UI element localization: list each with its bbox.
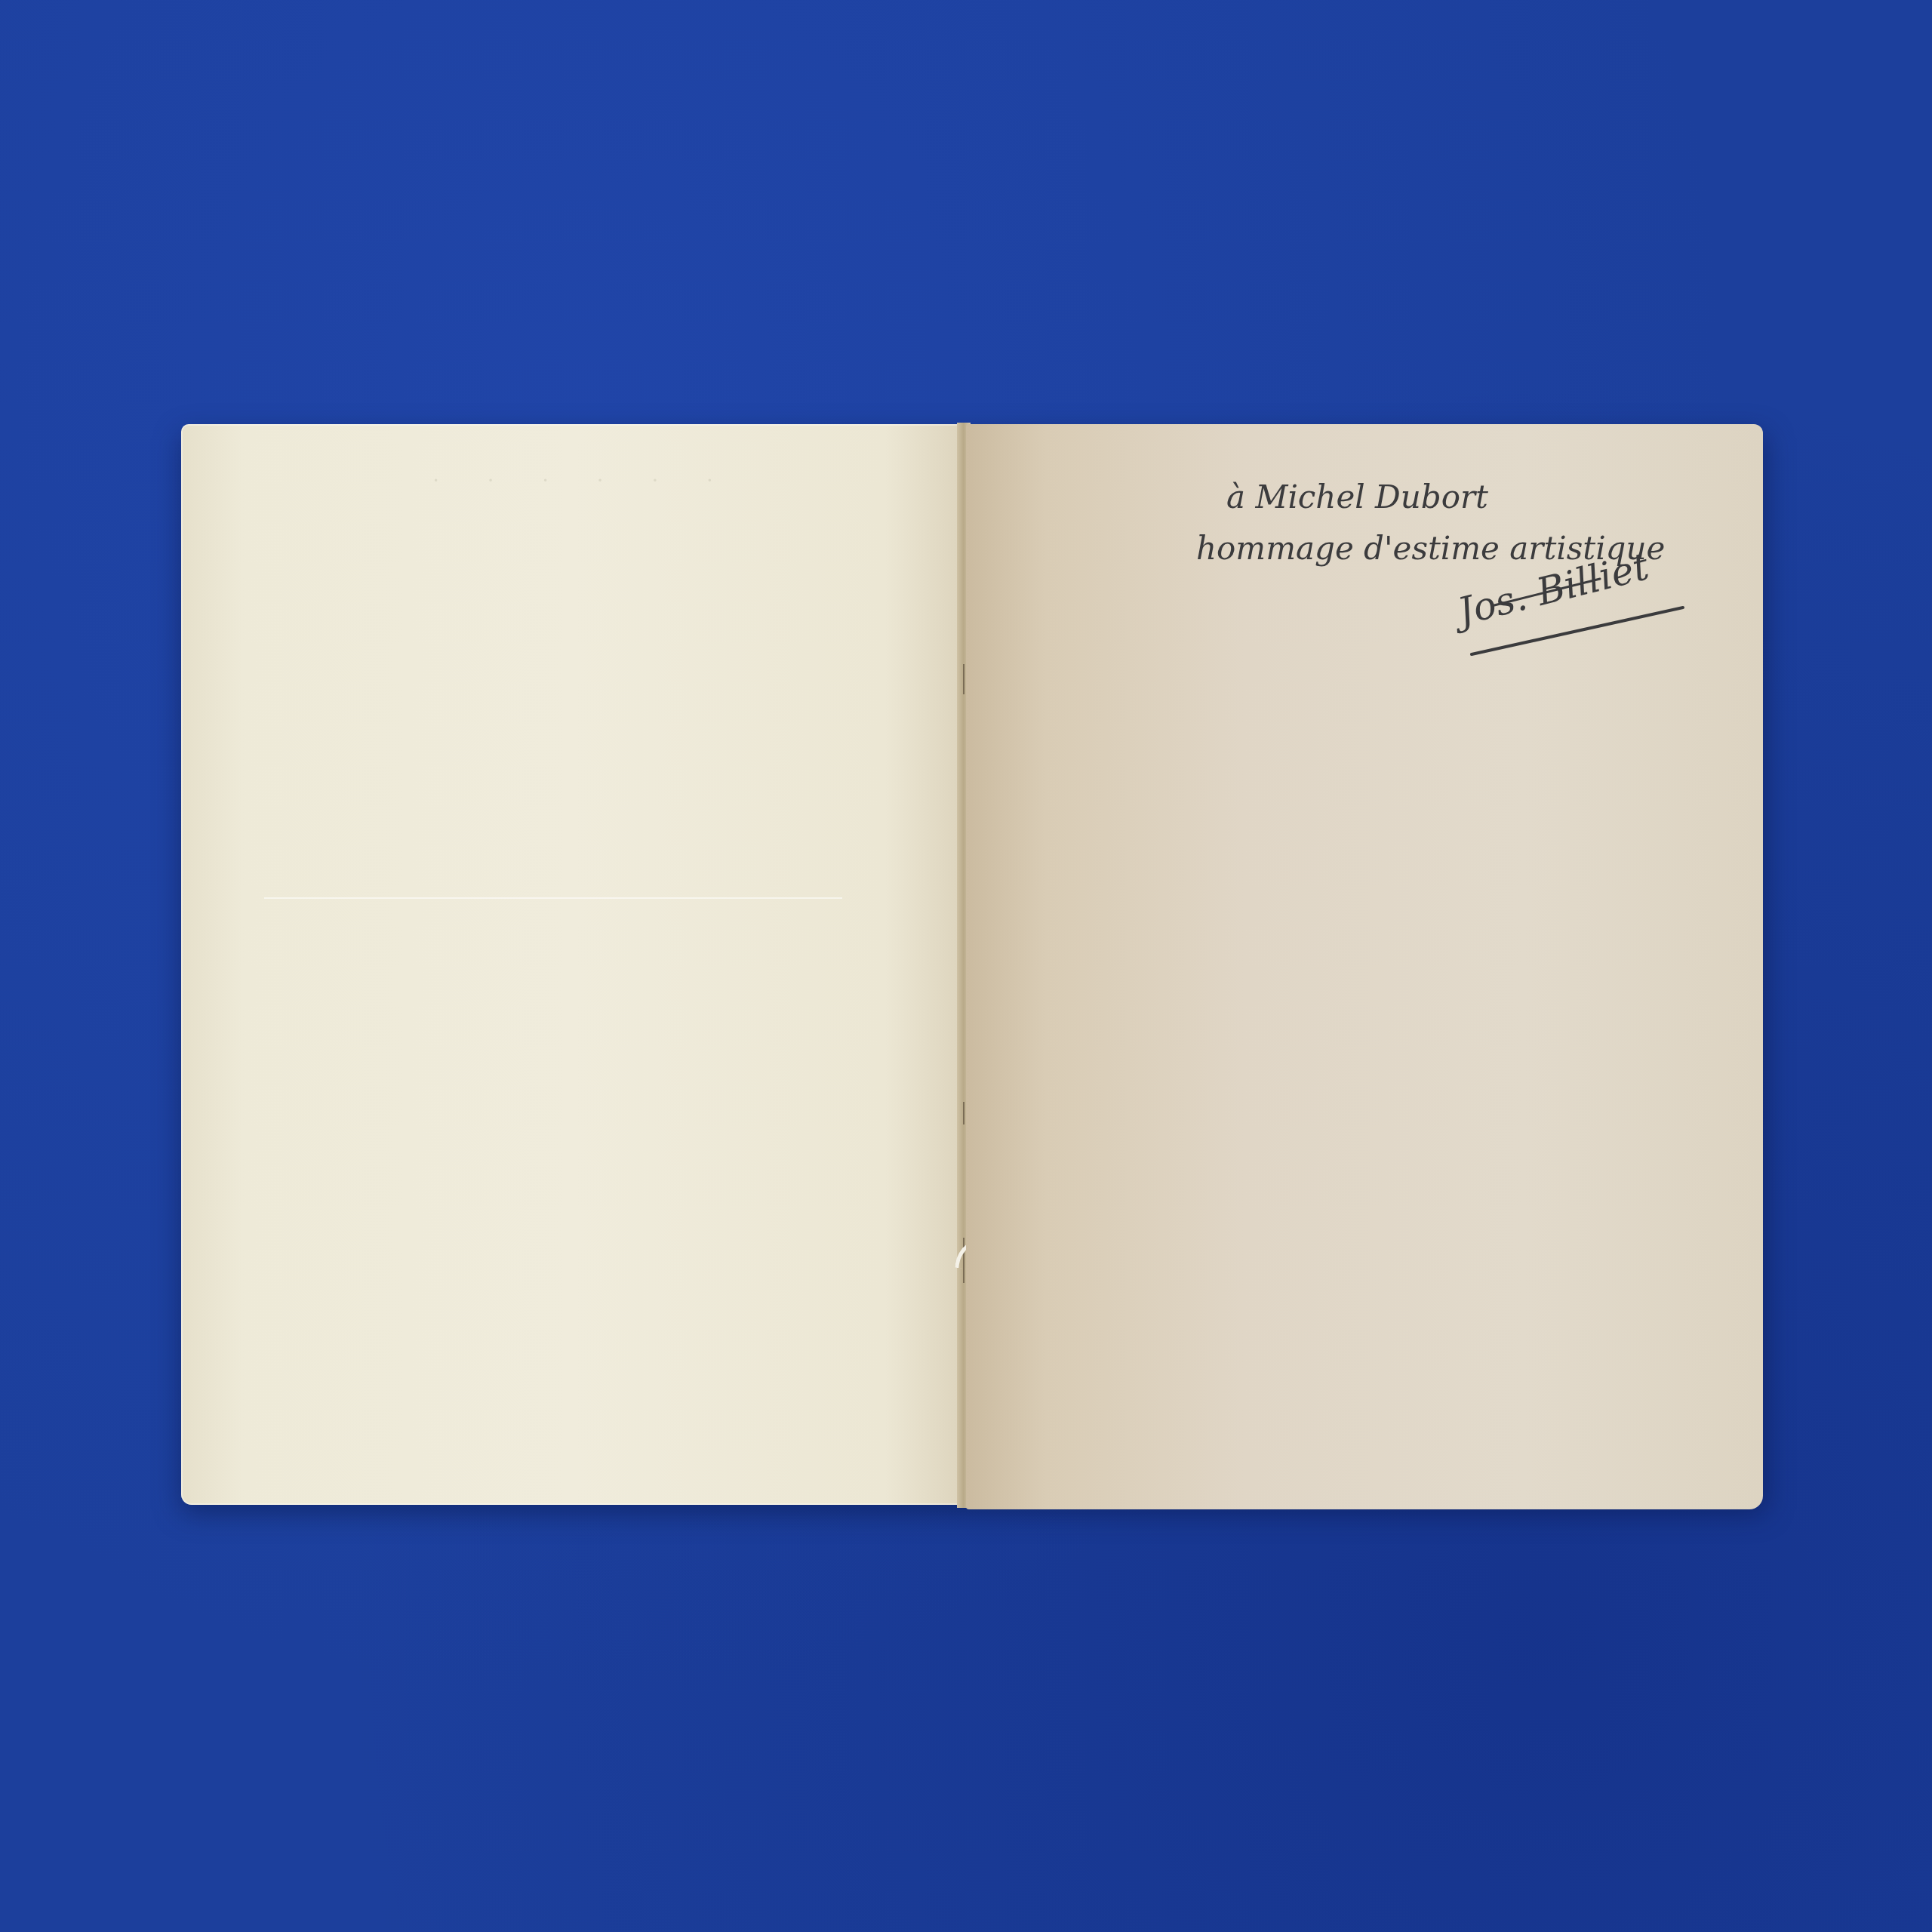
stitch [963,1102,964,1124]
left-page: · · · · · · [181,424,963,1505]
show-through-text: · · · · · · [294,469,872,492]
inscription-line-1: à Michel Dubort [1226,478,1488,515]
fold-crease [264,897,842,899]
right-page: à Michel Dubort hommage d'estime artisti… [966,424,1763,1509]
stitch [963,664,964,694]
signature-underline-icon [1449,571,1698,677]
